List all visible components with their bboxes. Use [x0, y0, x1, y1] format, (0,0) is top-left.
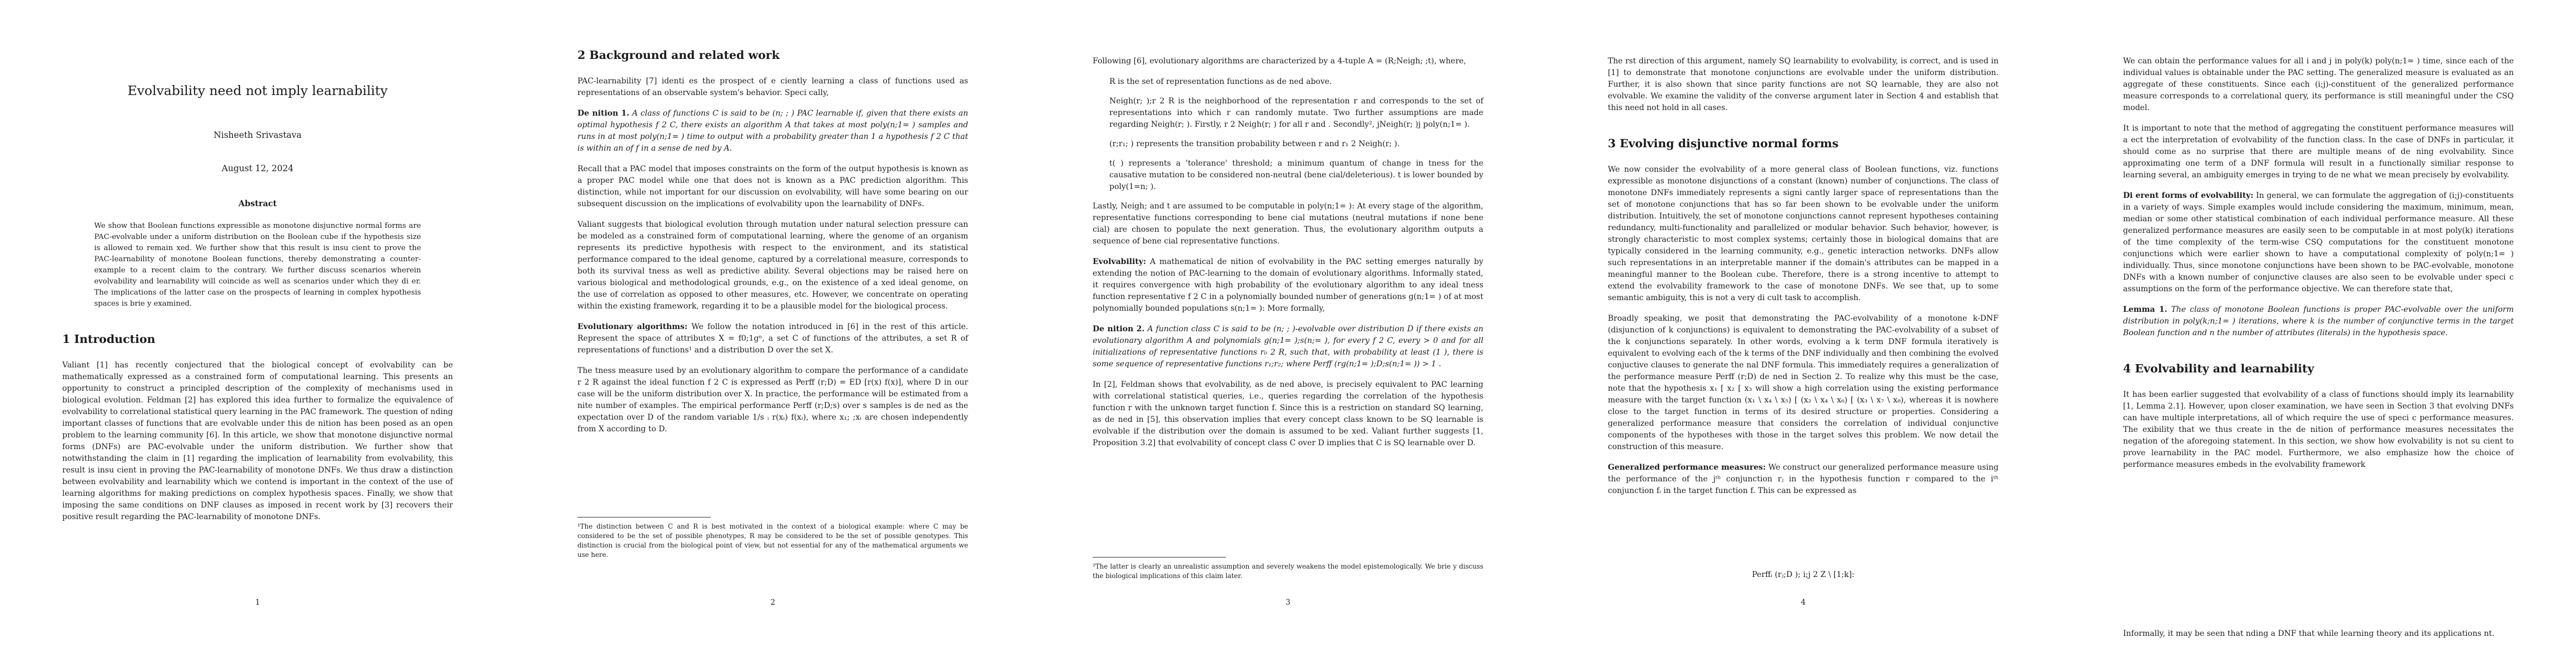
list-item: R is the set of representation functions…: [1109, 76, 1483, 88]
page-number: 2: [515, 598, 1030, 607]
definition-1-body: A class of functions C is said to be (n;…: [577, 109, 968, 153]
page-2: 2 Background and related work PAC-learna…: [515, 0, 1030, 667]
definition-1: De nition 1. A class of functions C is s…: [577, 108, 968, 155]
paragraph: We now consider the evolvability of a mo…: [1608, 164, 1999, 304]
definition-2-body: A function class C is said to be (n; ; )…: [1093, 325, 1483, 369]
page-3-body: Following [6], evolutionary algorithms a…: [1093, 0, 1483, 458]
footnote-2: ²The latter is clearly an unrealistic as…: [1093, 562, 1483, 581]
definition-1-label: De nition 1.: [577, 109, 629, 118]
footnote-block: ¹The distinction between C and R is best…: [577, 517, 968, 560]
paragraph: Lastly, Neigh; and t are assumed to be c…: [1093, 201, 1483, 247]
paragraph: It is important to note that the method …: [2123, 123, 2514, 181]
abstract-text: We show that Boolean functions expressib…: [94, 221, 421, 310]
inline-heading: Generalized performance measures:: [1608, 463, 1766, 472]
paragraph: The rst direction of this argument, name…: [1608, 56, 1999, 114]
paragraph-fragment: Informally, it may be seen that nding a …: [2123, 628, 2514, 640]
paragraph: Recall that a PAC model that imposes con…: [577, 163, 968, 210]
page-3: Following [6], evolutionary algorithms a…: [1030, 0, 1546, 667]
author-name: Nisheeth Srivastava: [62, 130, 453, 140]
paragraph: In [2], Feldman shows that evolvability,…: [1093, 379, 1483, 449]
page-number: 3: [1030, 598, 1546, 607]
paragraph-different-forms: Di erent forms of evolvability: In gener…: [2123, 190, 2514, 295]
page-1-body: Evolvability need not imply learnability…: [62, 0, 453, 532]
section-heading-evolvability-learnability: 4 Evolvability and learnability: [2123, 361, 2514, 376]
lemma-1-label: Lemma 1.: [2123, 305, 2167, 314]
paragraph-generalized-measures: Generalized performance measures: We con…: [1608, 462, 1999, 497]
definition-2-label: De nition 2.: [1093, 325, 1144, 333]
page-5-body: We can obtain the performance values for…: [2123, 0, 2514, 480]
paragraph: PAC-learnability [7] identi es the prosp…: [577, 76, 968, 99]
paragraph-text: In general, we can formulate the aggrega…: [2123, 191, 2514, 293]
page-4: The rst direction of this argument, name…: [1546, 0, 2061, 667]
page-5: We can obtain the performance values for…: [2061, 0, 2576, 667]
paragraph: It has been earlier suggested that evolv…: [2123, 389, 2514, 471]
abstract-heading: Abstract: [62, 199, 453, 208]
footnote-block: ²The latter is clearly an unrealistic as…: [1093, 557, 1483, 581]
paragraph: Following [6], evolutionary algorithms a…: [1093, 56, 1483, 67]
inline-heading: Evolvability:: [1093, 257, 1146, 266]
inline-heading: Evolutionary algorithms:: [577, 322, 687, 331]
paragraph: Valiant suggests that biological evoluti…: [577, 219, 968, 312]
footnote-rule: [1093, 557, 1226, 558]
section-heading-background: 2 Background and related work: [577, 48, 968, 62]
paragraph-evolvability: Evolvability: A mathematical de nition o…: [1093, 256, 1483, 315]
paragraph: Broadly speaking, we posit that demonstr…: [1608, 313, 1999, 453]
paragraph: We can obtain the performance values for…: [2123, 56, 2514, 114]
paper-date: August 12, 2024: [62, 163, 453, 173]
page-number: 4: [1546, 598, 2061, 607]
page-number: 1: [0, 598, 515, 607]
section-heading-introduction: 1 Introduction: [62, 332, 453, 346]
list-item: t( ) represents a 'tolerance' threshold;…: [1109, 158, 1483, 193]
page-4-body: The rst direction of this argument, name…: [1608, 0, 1999, 506]
paragraph: Valiant [1] has recently conjectured tha…: [62, 360, 453, 523]
definition-2: De nition 2. A function class C is said …: [1093, 323, 1483, 370]
list-item: Neigh(r; );r 2 R is the neighborhood of …: [1109, 96, 1483, 131]
paragraph: The tness measure used by an evolutionar…: [577, 365, 968, 435]
document-canvas: arXiv:0904.0648v1 [cs.LG] 3 Apr 2009 Evo…: [0, 0, 2576, 667]
page-2-body: 2 Background and related work PAC-learna…: [577, 0, 968, 444]
inline-heading: Di erent forms of evolvability:: [2123, 191, 2254, 200]
page-1: Evolvability need not imply learnability…: [0, 0, 515, 667]
paragraph-evolutionary-algorithms: Evolutionary algorithms: We follow the n…: [577, 321, 968, 356]
definition-list: R is the set of representation functions…: [1093, 76, 1483, 193]
footnote-1: ¹The distinction between C and R is best…: [577, 522, 968, 560]
lemma-1-body: The class of monotone Boolean functions …: [2123, 305, 2514, 337]
paper-title: Evolvability need not imply learnability: [62, 82, 453, 99]
display-formula: Perffᵢ (rⱼ;D ); i;j 2 Z \ [1;k]:: [1608, 570, 1999, 579]
section-heading-evolving-dnf: 3 Evolving disjunctive normal forms: [1608, 136, 1999, 151]
footnote-rule: [577, 517, 711, 517]
lemma-1: Lemma 1. The class of monotone Boolean f…: [2123, 304, 2514, 339]
paragraph-text: A mathematical de nition of evolvability…: [1093, 257, 1483, 313]
list-item: (r;r₁; ) represents the transition proba…: [1109, 138, 1483, 150]
